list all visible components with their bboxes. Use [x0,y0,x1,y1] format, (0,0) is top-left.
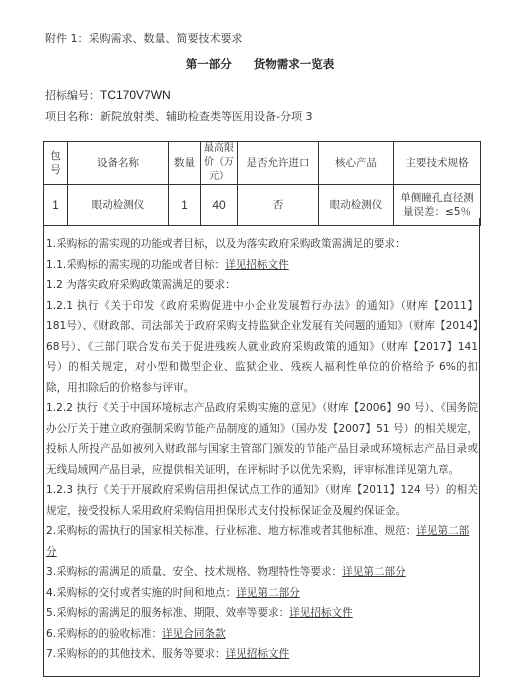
requirement-1-1: 1.1.采购标的需实现的功能或者目标：详见招标文件 [46,255,478,276]
bid-number-label: 招标编号： [45,89,100,102]
column-header-quantity: 数量 [169,142,201,185]
requirement-6-label: 6.采购标的的验收标准： [46,628,162,640]
column-header-core-product: 核心产品 [319,142,394,185]
column-header-device-name: 设备名称 [68,142,169,185]
requirement-3-label: 3.采购标的需满足的质量、安全、技术规格、物理特性等要求： [46,566,342,578]
requirement-5-link[interactable]: 详见招标文件 [289,607,353,619]
requirement-1-1-label: 1.1.采购标的需实现的功能或者目标： [46,259,225,271]
column-header-tech-spec: 主要技术规格 [394,142,481,185]
requirement-4: 4.采购标的交付或者实施的时间和地点：详见第二部分 [46,583,478,604]
requirement-3-link[interactable]: 详见第二部分 [342,566,406,578]
requirement-2: 2.采购标的需执行的国家相关标准、行业标准、地方标准或者其他标准、规范：详见第二… [46,521,478,562]
requirement-7-link[interactable]: 详见招标文件 [226,648,290,660]
requirement-1: 1.采购标的需实现的功能或者目标，以及为落实政府采购政策需满足的要求： [46,234,478,255]
column-header-max-price: 最高限价（万元） [201,142,238,185]
table-header-row: 包号 设备名称 数量 最高限价（万元） 是否允许进口 核心产品 主要技术规格 [44,142,481,185]
project-name-label: 项目名称： [45,110,100,123]
requirement-5: 5.采购标的需满足的服务标准、期限、效率等要求：详见招标文件 [46,603,478,624]
goods-table: 包号 设备名称 数量 最高限价（万元） 是否允许进口 核心产品 主要技术规格 1… [43,141,481,226]
requirement-4-link[interactable]: 详见第二部分 [236,587,300,599]
requirement-2-label: 2.采购标的需执行的国家相关标准、行业标准、地方标准或者其他标准、规范： [46,525,416,537]
requirement-6-link[interactable]: 详见合同条款 [162,628,226,640]
column-header-import-allowed: 是否允许进口 [238,142,319,185]
requirement-1-2-3: 1.2.3 执行《关于开展政府采购信用担保试点工作的通知》（财库【2011】12… [46,480,478,521]
requirement-1-2: 1.2 为落实政府采购政策需满足的要求： [46,275,478,296]
requirements-text: 1.采购标的需实现的功能或者目标，以及为落实政府采购政策需满足的要求： 1.1.… [46,234,478,665]
requirement-6: 6.采购标的的验收标准：详见合同条款 [46,624,478,645]
requirement-4-label: 4.采购标的交付或者实施的时间和地点： [46,587,236,599]
project-name: 项目名称：新院放射类、辅助检查类等医用设备-分项 3 [45,108,312,124]
column-header-package: 包号 [44,142,68,185]
requirement-7: 7.采购标的的其他技术、服务等要求：详见招标文件 [46,644,478,665]
title-name: 货物需求一览表 [254,57,335,71]
requirement-1-1-link[interactable]: 详见招标文件 [225,259,289,271]
project-name-value: 新院放射类、辅助检查类等医用设备-分项 3 [100,110,312,123]
bid-number-value: TC170V7WN [100,88,171,102]
requirement-3: 3.采购标的需满足的质量、安全、技术规格、物理特性等要求：详见第二部分 [46,562,478,583]
requirement-5-label: 5.采购标的需满足的服务标准、期限、效率等要求： [46,607,289,619]
requirement-1-2-2: 1.2.2 执行《关于中国环境标志产品政府采购实施的意见》（财库【2006】90… [46,398,478,480]
attachment-heading: 附件 1：采购需求、数量、简要技术要求 [45,30,243,46]
title-part: 第一部分 [186,57,232,71]
requirement-7-label: 7.采购标的的其他技术、服务等要求： [46,648,226,660]
bid-number: 招标编号：TC170V7WN [45,87,171,103]
requirement-1-2-1: 1.2.1 执行《关于印发《政府采购促进中小企业发展暂行办法》的通知》（财库【2… [46,296,478,399]
page-title: 第一部分货物需求一览表 [0,56,520,72]
